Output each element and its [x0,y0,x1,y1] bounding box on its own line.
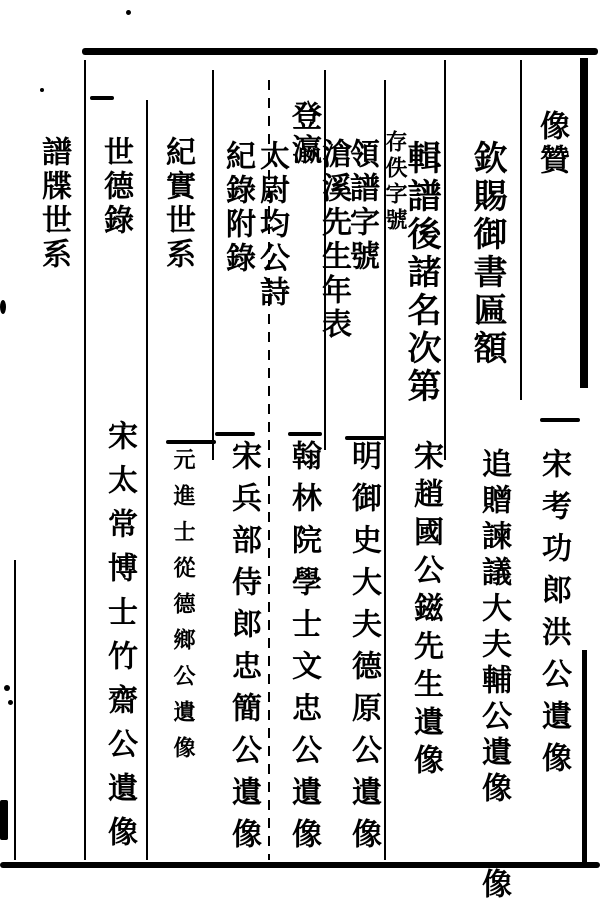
scan-speck [40,88,44,92]
toc-entry-records: 紀錄附錄 [222,140,252,276]
column-divider [84,60,86,860]
portrait-entry-hong: 宋考功郎洪公遺像 [538,448,568,784]
portrait-entry-zhongjian: 宋兵部侍郎忠簡公遺像 [228,440,258,860]
right-border-rule [580,58,588,388]
toc-entry-portrait-eulogies: 像贊 [536,110,566,178]
portrait-entry-zhao: 宋趙國公鎡先生遺像 [410,440,440,782]
toc-entry-subnote: 存佚字號 [384,130,406,234]
toc-entry-compilers-list: 輯譜後諸名次第 [404,140,438,406]
toc-entry-imperial-plaque: 欽賜御書匾額 [470,140,504,368]
right-border-rule-lower [582,650,587,865]
column-divider [520,60,522,400]
toc-entry-dengying: 登瀛 [288,100,318,168]
toc-entry-genealogy: 譜牒世系 [38,136,68,272]
portrait-entry-deyuan: 明御史大夫德原公遺像 [348,440,378,860]
portrait-entry-conde: 元進士從德鄉公遺像 [172,448,194,772]
overflow-character: 像 [478,868,508,900]
register-marker [288,432,322,436]
toc-entry-lineage-facts: 紀實世系 [162,136,192,272]
scan-speck [4,685,10,691]
scan-speck [8,700,13,705]
toc-entry-taiwei-poem: 太尉均公詩 [256,140,286,310]
scan-speck [126,10,131,15]
portrait-entry-zhuzhai: 宋太常博士竹齋公遺像 [104,420,134,860]
register-marker [166,440,216,444]
column-divider [444,60,446,460]
scan-edge-artifact [0,800,8,840]
scan-speck [0,300,6,314]
register-marker [90,96,114,100]
toc-entry-cangxi-chronology: 滄溪先生年表 [318,138,348,342]
portrait-entry-wenzhong: 翰林院學士文忠公遺像 [288,440,318,860]
column-divider [14,560,16,860]
column-divider [212,70,214,460]
toc-entry-generations: 世德錄 [100,136,130,238]
document-page: 像贊 欽賜御書匾額 輯譜後諸名次第 存佚字號 領譜字號 滄溪先生年表 登瀛 太尉… [0,0,600,900]
register-marker [215,432,255,436]
column-divider [146,100,148,860]
portrait-entry-fu: 追贈諫議大夫輔公遺像 [478,448,508,808]
top-border-rule [82,48,598,55]
register-marker [540,418,580,422]
